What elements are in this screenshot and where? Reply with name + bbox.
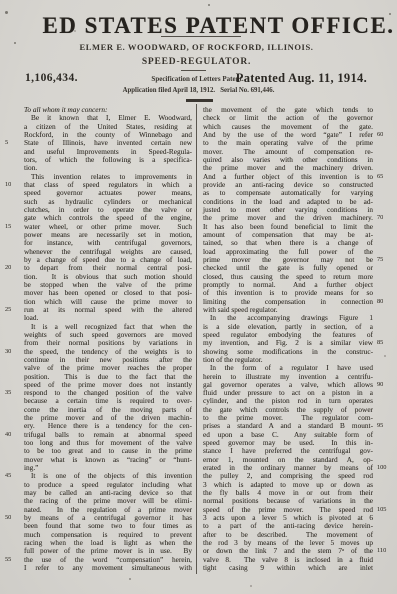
line-number: 45 (5, 472, 20, 480)
line-number: 80 (377, 298, 394, 306)
scan-speck (129, 578, 131, 580)
line-number: 5 (5, 139, 20, 147)
invention-title: SPEED-REGULATOR. (0, 57, 393, 67)
column-divider (196, 104, 197, 574)
line-number: 50 (5, 514, 20, 522)
text-line: mover what is known as “racing” or “hunt… (24, 456, 192, 464)
patent-number: 1,106,434. (25, 72, 78, 84)
line-number: 10 (5, 181, 20, 189)
line-number: 95 (377, 422, 394, 430)
line-number: 105 (377, 506, 394, 514)
scan-speck (208, 4, 210, 6)
scan-speck (74, 30, 76, 32)
application-line: Application filed April 18, 1912. Serial… (0, 87, 397, 94)
right-column: the movement of the gate which tends toc… (203, 106, 373, 572)
line-number: 15 (5, 223, 20, 231)
left-column: To all whom it may concern:Be it known t… (24, 106, 192, 572)
line-number: 110 (377, 547, 394, 555)
line-number: 70 (377, 214, 394, 222)
line-number: 25 (5, 306, 20, 314)
text-line: run at its normal speed with the altered… (24, 306, 192, 314)
text-line: tight casing 9 within which are inlet (203, 564, 373, 572)
line-number: 85 (377, 339, 394, 347)
line-number: 55 (5, 556, 20, 564)
patented-date: Patented Aug. 11, 1914. (236, 71, 367, 86)
scan-speck (250, 585, 252, 587)
line-number: 30 (5, 348, 20, 356)
inventor-line: ELMER E. WOODWARD, OF ROCKFORD, ILLINOIS… (0, 42, 393, 52)
scan-speck (389, 13, 391, 15)
patent-document-page: ED STATES PATENT OFFICE. ELMER E. WOODWA… (0, 0, 397, 594)
line-number: 60 (377, 131, 394, 139)
section-divider-rule (186, 99, 213, 102)
scan-speck (14, 42, 16, 44)
text-line: tors, of which the following is a specif… (24, 156, 192, 164)
title-divider-rule (161, 36, 241, 37)
scan-speck (384, 355, 386, 357)
line-number: 90 (377, 381, 394, 389)
line-number: 65 (377, 173, 394, 181)
line-number: 40 (5, 431, 20, 439)
invention-divider-rule (181, 70, 206, 71)
scan-speck (5, 11, 8, 14)
line-number: 35 (5, 389, 20, 397)
text-line: I refer to any movement simultaneous wit… (24, 564, 192, 572)
line-number: 20 (5, 264, 20, 272)
line-number: 75 (377, 256, 394, 264)
line-number: 100 (377, 464, 394, 472)
